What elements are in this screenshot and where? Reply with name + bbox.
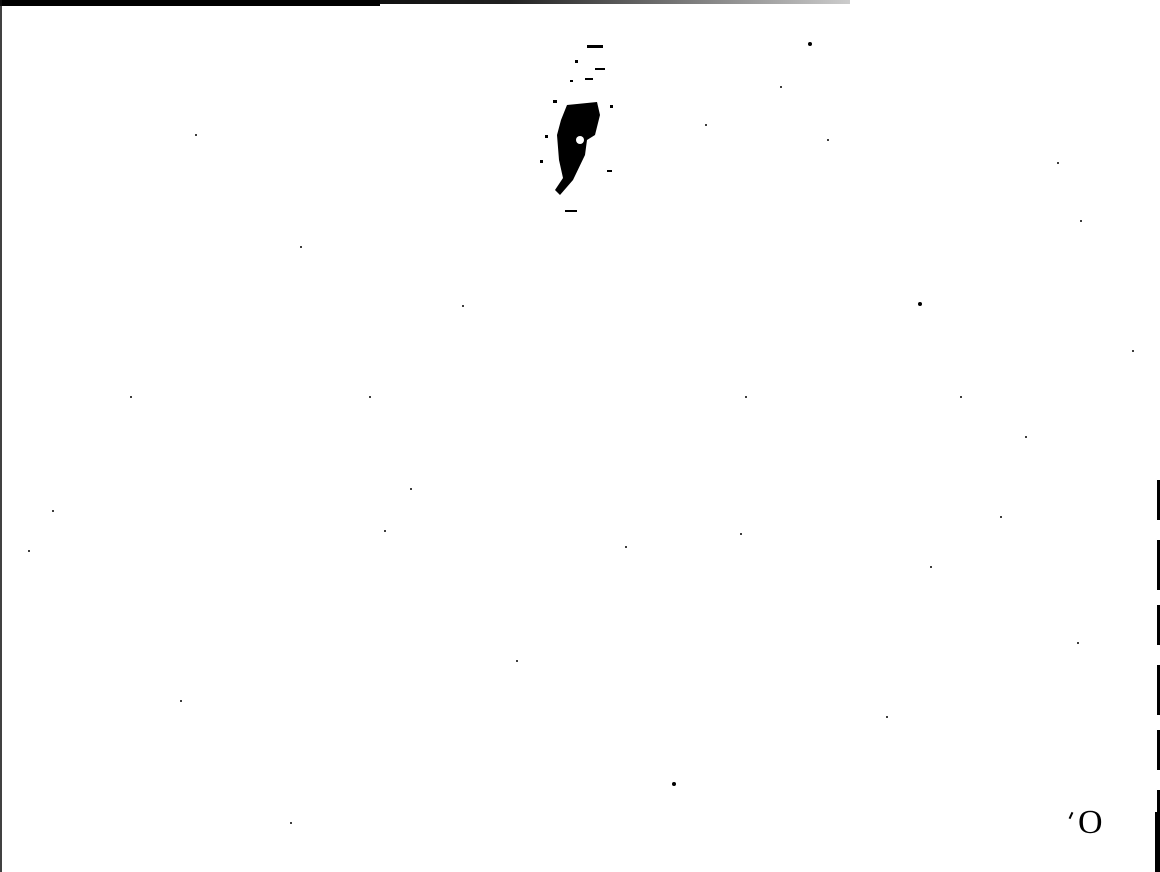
scan-speck xyxy=(918,302,922,306)
scan-speck xyxy=(1077,642,1079,644)
scan-speck xyxy=(1000,516,1002,518)
corner-mark: O xyxy=(1078,806,1103,840)
scan-speck xyxy=(180,700,182,702)
scan-speck xyxy=(384,530,386,532)
right-scan-edge-corner xyxy=(1155,812,1160,872)
scan-speck xyxy=(195,134,197,136)
corner-tick-mark xyxy=(1069,812,1074,819)
scan-speck xyxy=(516,660,518,662)
scan-speck xyxy=(130,396,132,398)
scan-speck xyxy=(705,124,707,126)
scan-speck xyxy=(1025,436,1027,438)
scan-speck xyxy=(745,396,747,398)
scan-speck xyxy=(930,566,932,568)
scan-speck xyxy=(740,533,742,535)
top-scan-edge-shadow xyxy=(0,0,380,6)
scanned-page: O xyxy=(0,0,1160,872)
scan-speck xyxy=(290,822,292,824)
scan-speck xyxy=(1132,350,1134,352)
scan-speck xyxy=(28,550,30,552)
scan-speck xyxy=(886,716,888,718)
scan-speck xyxy=(410,488,412,490)
left-scan-edge xyxy=(0,0,2,872)
scan-speck xyxy=(300,246,302,248)
scan-speck xyxy=(1080,220,1082,222)
scan-speck xyxy=(625,546,627,548)
scan-speck xyxy=(462,305,464,307)
ink-blot xyxy=(525,40,625,230)
scan-speck xyxy=(369,396,371,398)
scan-speck xyxy=(808,42,812,46)
scan-speck xyxy=(52,510,54,512)
scan-speck xyxy=(780,86,782,88)
scan-speck xyxy=(827,139,829,141)
scan-speck xyxy=(672,782,676,786)
scan-speck xyxy=(960,396,962,398)
scan-speck xyxy=(1057,162,1059,164)
